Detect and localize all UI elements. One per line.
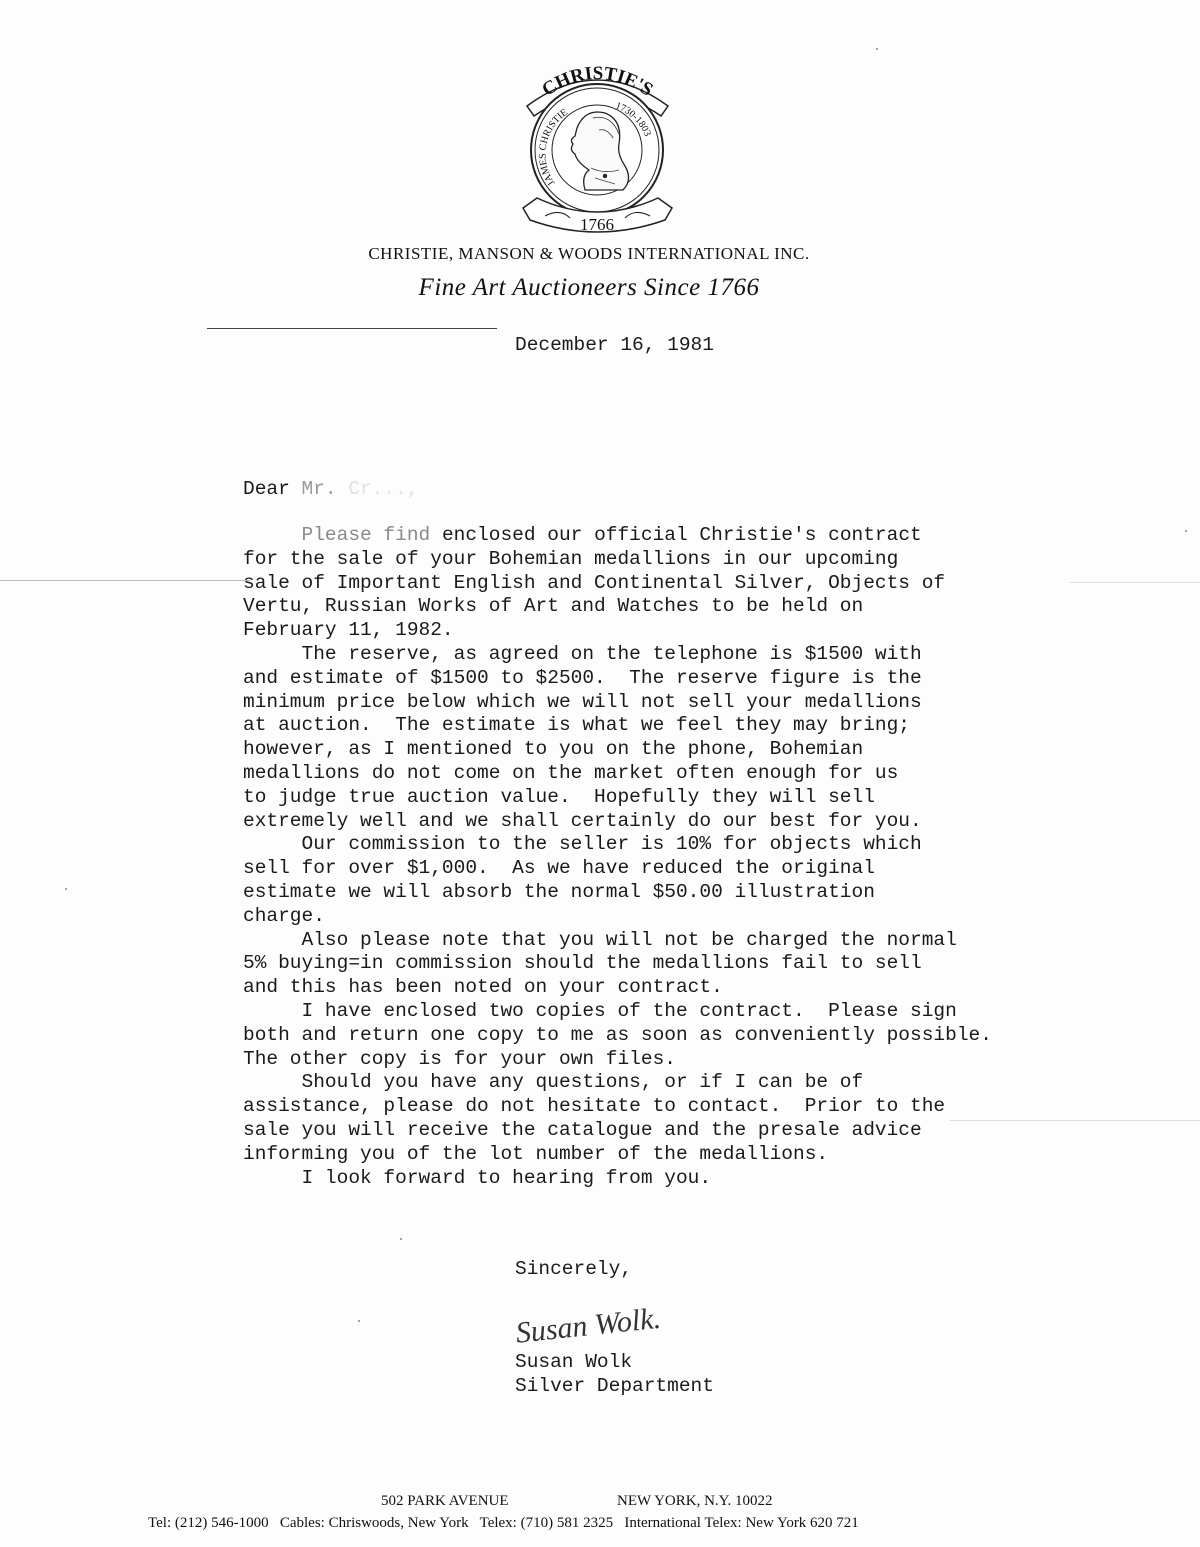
svg-text:Susan Wolk.: Susan Wolk. [514,1302,662,1350]
scan-speck [1185,530,1187,532]
letter-line: medallions do not come on the market oft… [243,762,1003,786]
footer-city: NEW YORK, N.Y. 10022 [617,1493,773,1510]
letter-line: to judge true auction value. Hopefully t… [243,786,1003,810]
svg-text:1766: 1766 [580,215,614,234]
letter-line: The other copy is for your own files. [243,1048,1003,1072]
letter-line: 5% buying=in commission should the medal… [243,952,1003,976]
signer-name: Susan Wolk [515,1350,714,1374]
letter-line: Also please note that you will not be ch… [243,929,1003,953]
signer-block: Susan Wolk Silver Department [515,1350,714,1398]
letter-line: both and return one copy to me as soon a… [243,1024,1003,1048]
christies-medallion-logo-icon: CHRISTIE'S JAMES CHRISTIE 1730-1803 1766 [515,58,680,238]
signer-department: Silver Department [515,1374,714,1398]
letter-line: Should you have any questions, or if I c… [243,1071,1003,1095]
letter-line: The reserve, as agreed on the telephone … [243,643,1003,667]
letter-line: sell for over $1,000. As we have reduced… [243,857,1003,881]
scan-artifact-line [1070,582,1200,583]
scan-speck [400,1238,402,1240]
scan-speck [876,48,878,50]
letter-line: I look forward to hearing from you. [243,1167,1003,1191]
letter-line: and this has been noted on your contract… [243,976,1003,1000]
company-tagline: Fine Art Auctioneers Since 1766 [0,274,1178,302]
footer-contacts: Tel: (212) 546-1000 Cables: Chriswoods, … [148,1515,859,1532]
letter-body: Please find enclosed our official Christ… [243,524,1003,1190]
letter-line: however, as I mentioned to you on the ph… [243,738,1003,762]
letter-page: CHRISTIE'S JAMES CHRISTIE 1730-1803 1766… [0,0,1200,1547]
letter-line: extremely well and we shall certainly do… [243,810,1003,834]
letter-line: assistance, please do not hesitate to co… [243,1095,1003,1119]
letterhead-divider [207,328,497,329]
closing: Sincerely, [515,1258,632,1280]
salutation-title: Mr. [302,478,337,500]
letter-line: at auction. The estimate is what we feel… [243,714,1003,738]
scan-artifact-line [950,1120,1200,1121]
letter-line: Please find enclosed our official Christ… [243,524,1003,548]
company-name: CHRISTIE, MANSON & WOODS INTERNATIONAL I… [0,244,1178,264]
footer-street-address: 502 PARK AVENUE [381,1493,509,1510]
scan-artifact-line [0,580,250,581]
salutation: Dear Mr. Cr..., [243,478,419,500]
letter-line: informing you of the lot number of the m… [243,1143,1003,1167]
letter-line: Our commission to the seller is 10% for … [243,833,1003,857]
letter-line: minimum price below which we will not se… [243,691,1003,715]
scan-speck [358,1320,360,1322]
salutation-greeting: Dear [243,478,290,500]
letter-line: estimate we will absorb the normal $50.0… [243,881,1003,905]
letter-line: I have enclosed two copies of the contra… [243,1000,1003,1024]
letter-line: for the sale of your Bohemian medallions… [243,548,1003,572]
scan-speck [65,888,67,890]
letter-line: February 11, 1982. [243,619,1003,643]
letter-line: Vertu, Russian Works of Art and Watches … [243,595,1003,619]
salutation-name: Cr..., [348,478,418,500]
letter-line: sale you will receive the catalogue and … [243,1119,1003,1143]
letter-line: charge. [243,905,1003,929]
letter-date: December 16, 1981 [515,334,714,356]
faded-text: Please find [302,524,431,546]
letter-line: and estimate of $1500 to $2500. The rese… [243,667,1003,691]
letter-line: sale of Important English and Continenta… [243,572,1003,596]
handwritten-signature: Susan Wolk. [510,1300,710,1350]
